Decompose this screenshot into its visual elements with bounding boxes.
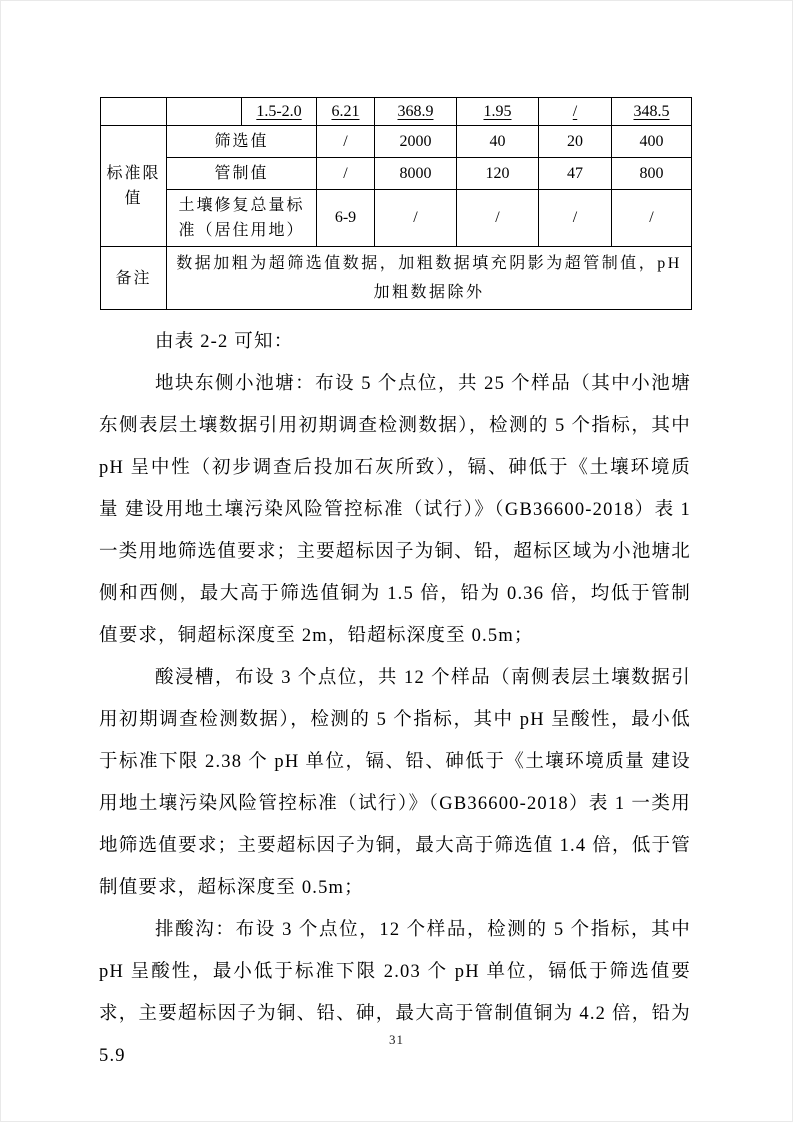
cell-control-value-4: 800 (612, 158, 692, 190)
cell-depth-range: 1.5-2.0 (242, 98, 317, 126)
table-row-remark: 备注 数据加粗为超筛选值数据，加粗数据填充阴影为超管制值，pH 加粗数据除外 (101, 247, 692, 310)
table-row-remediation-standard: 土壤修复总量标准（居住用地） 6-9 / / / / (101, 190, 692, 247)
cell-remark-text: 数据加粗为超筛选值数据，加粗数据填充阴影为超管制值，pH 加粗数据除外 (167, 247, 692, 310)
cell-remediation-label: 土壤修复总量标准（居住用地） (167, 190, 317, 247)
cell-screening-value-3: 20 (539, 126, 612, 158)
cell-screening-value-2: 40 (457, 126, 539, 158)
document-page: 1.5-2.0 6.21 368.9 1.95 / 348.5 标准限值 筛选值… (0, 0, 793, 1122)
paragraph-acid-drainage-ditch-findings: 排酸沟：布设 3 个点位，12 个样品，检测的 5 个指标，其中 pH 呈酸性，… (99, 909, 691, 1077)
empty-cell (101, 98, 167, 126)
cell-remediation-value-3: / (539, 190, 612, 247)
table-row-control-value: 管制值 / 8000 120 47 800 (101, 158, 692, 190)
empty-cell (167, 98, 242, 126)
cell-control-label: 管制值 (167, 158, 317, 190)
cell-control-value-3: 47 (539, 158, 612, 190)
cell-screening-value-1: 2000 (375, 126, 457, 158)
cell-control-value-2: 120 (457, 158, 539, 190)
cell-screening-label: 筛选值 (167, 126, 317, 158)
cell-remediation-value-4: / (612, 190, 692, 247)
page-number: 31 (1, 1032, 792, 1048)
cell-control-ph: / (317, 158, 375, 190)
paragraph-table-intro: 由表 2-2 可知： (99, 321, 691, 363)
cell-control-value-1: 8000 (375, 158, 457, 190)
cell-remediation-value-2: / (457, 190, 539, 247)
cell-sample-value-4: 348.5 (612, 98, 692, 126)
cell-sample-value-3: / (539, 98, 612, 126)
soil-standard-limits-table: 1.5-2.0 6.21 368.9 1.95 / 348.5 标准限值 筛选值… (100, 97, 692, 310)
table-row-screening-value: 标准限值 筛选值 / 2000 40 20 400 (101, 126, 692, 158)
body-text-block: 由表 2-2 可知： 地块东侧小池塘：布设 5 个点位，共 25 个样品（其中小… (99, 310, 691, 1077)
cell-sample-ph: 6.21 (317, 98, 375, 126)
cell-remediation-value-1: / (375, 190, 457, 247)
cell-remark-label: 备注 (101, 247, 167, 310)
cell-screening-ph: / (317, 126, 375, 158)
cell-limits-header: 标准限值 (101, 126, 167, 247)
cell-sample-value-1: 368.9 (375, 98, 457, 126)
cell-remediation-ph: 6-9 (317, 190, 375, 247)
table-row-continued-sample: 1.5-2.0 6.21 368.9 1.95 / 348.5 (101, 98, 692, 126)
cell-screening-value-4: 400 (612, 126, 692, 158)
paragraph-east-pond-findings: 地块东侧小池塘：布设 5 个点位，共 25 个样品（其中小池塘东侧表层土壤数据引… (99, 363, 691, 657)
paragraph-acid-leaching-tank-findings: 酸浸槽，布设 3 个点位，共 12 个样品（南侧表层土壤数据引用初期调查检测数据… (99, 657, 691, 909)
cell-sample-value-2: 1.95 (457, 98, 539, 126)
